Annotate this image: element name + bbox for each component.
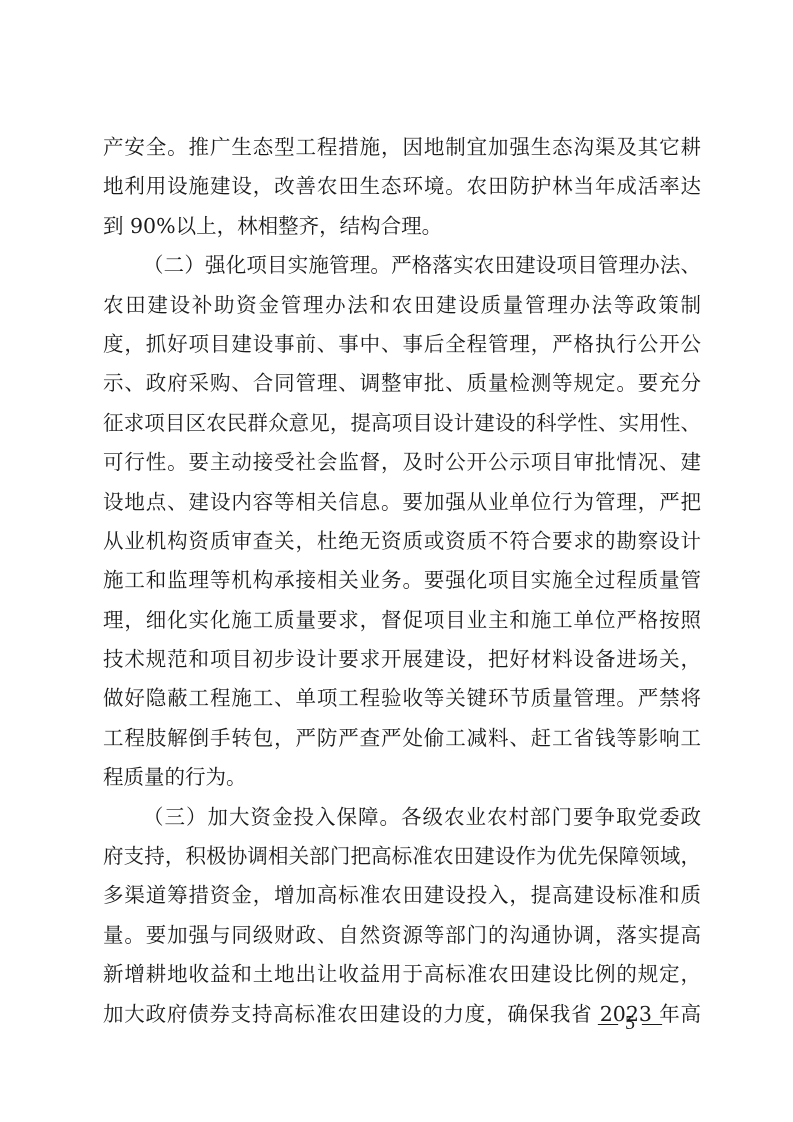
body-text: 产安全。推广生态型工程措施，因地制宜加强生态沟渠及其它耕 地利用设施建设，改善农… (103, 128, 701, 1034)
page-number: — 5 — (598, 1012, 663, 1035)
paragraph-section-3: （三）加大资金投入保障。各级农业农村部门要争取党委政 府支持，积极协调相关部门把… (103, 798, 701, 1034)
document-page: 产安全。推广生态型工程措施，因地制宜加强生态沟渠及其它耕 地利用设施建设，改善农… (0, 0, 793, 1122)
text-line: 可行性。要主动接受社会监督，及时公开公示项目审批情况、建 (103, 443, 701, 482)
text-line: 量。要加强与同级财政、自然资源等部门的沟通协调，落实提高 (103, 916, 701, 955)
text-line: 到 90%以上，林相整齐，结构合理。 (103, 207, 701, 246)
text-line: 施工和监理等机构承接相关业务。要强化项目实施全过程质量管 (103, 561, 701, 600)
text-line: 程质量的行为。 (103, 758, 701, 797)
text-line: 示、政府采购、合同管理、调整审批、质量检测等规定。要充分 (103, 364, 701, 403)
text-line: 从业机构资质审查关，杜绝无资质或资质不符合要求的勘察设计 (103, 522, 701, 561)
text-line: 技术规范和项目初步设计要求开展建设，把好材料设备进场关， (103, 640, 701, 679)
text-line: 产安全。推广生态型工程措施，因地制宜加强生态沟渠及其它耕 (103, 128, 701, 167)
text-line: 多渠道筹措资金，增加高标准农田建设投入，提高建设标准和质 (103, 876, 701, 915)
text-line: 理，细化实化施工质量要求，督促项目业主和施工单位严格按照 (103, 601, 701, 640)
text-line: 地利用设施建设，改善农田生态环境。农田防护林当年成活率达 (103, 167, 701, 206)
text-line: 度，抓好项目建设事前、事中、事后全程管理，严格执行公开公 (103, 325, 701, 364)
text-line: 新增耕地收益和土地出让收益用于高标准农田建设比例的规定， (103, 955, 701, 994)
section-heading-line: （二）强化项目实施管理。严格落实农田建设项目管理办法、 (103, 246, 701, 285)
section-heading-line: （三）加大资金投入保障。各级农业农村部门要争取党委政 (103, 798, 701, 837)
text-line: 府支持，积极协调相关部门把高标准农田建设作为优先保障领域， (103, 837, 701, 876)
text-line: 征求项目区农民群众意见，提高项目设计建设的科学性、实用性、 (103, 404, 701, 443)
paragraph-section-2: （二）强化项目实施管理。严格落实农田建设项目管理办法、 农田建设补助资金管理办法… (103, 246, 701, 797)
text-line: 农田建设补助资金管理办法和农田建设质量管理办法等政策制 (103, 286, 701, 325)
text-line: 做好隐蔽工程施工、单项工程验收等关键环节质量管理。严禁将 (103, 679, 701, 718)
text-line: 设地点、建设内容等相关信息。要加强从业单位行为管理，严把 (103, 483, 701, 522)
text-line: 工程肢解倒手转包，严防严查严处偷工减料、赶工省钱等影响工 (103, 719, 701, 758)
paragraph-continuation: 产安全。推广生态型工程措施，因地制宜加强生态沟渠及其它耕 地利用设施建设，改善农… (103, 128, 701, 246)
